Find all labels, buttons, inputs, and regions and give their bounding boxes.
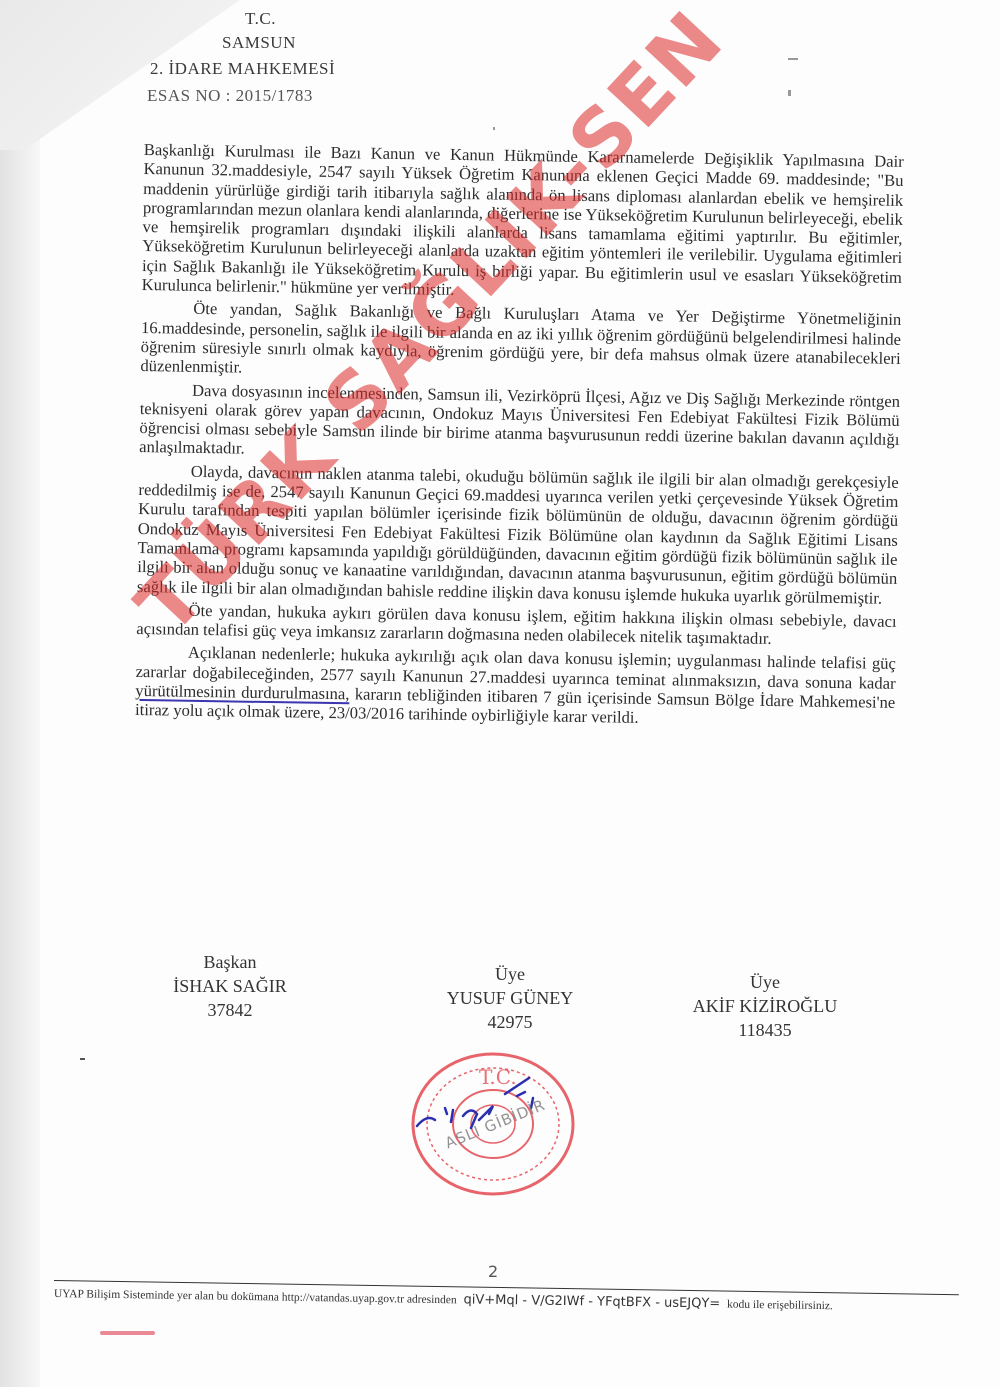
signature-block: Başkan İSHAK SAĞIR 37842 Üye YUSUF GÜNEY… [160, 950, 880, 1050]
decision-body: Başkanlığı Kurulması ile Bazı Kanun ve K… [135, 140, 904, 735]
signer-member-2: Üye AKİF KİZİROĞLU 118435 [680, 970, 850, 1042]
signer-president: Başkan İSHAK SAĞIR 37842 [160, 950, 300, 1022]
header-case-number: ESAS NO : 2015/1783 [147, 85, 313, 107]
signer-member-1: Üye YUSUF GÜNEY 42975 [430, 962, 590, 1034]
paragraph: Öte yandan, Sağlık Bakanlığı ve Bağlı Ku… [140, 298, 901, 387]
paragraph: Dava dosyasının incelenmesinden, Samsun … [139, 380, 900, 469]
footer-prefix: UYAP Bilişim Sisteminde yer alan bu dokü… [54, 1288, 457, 1306]
paragraph: Olayda, davacının naklen atanma talebi, … [137, 461, 899, 608]
signer-name: AKİF KİZİROĞLU [680, 994, 850, 1018]
final-paragraph: Açıklanan nedenlerle; hukuka aykırılığı … [135, 642, 896, 731]
document-page: T.C. SAMSUN 2. İDARE MAHKEMESİ ESAS NO :… [0, 0, 1000, 1387]
header-court: 2. İDARE MAHKEMESİ [150, 58, 335, 80]
footer-note: UYAP Bilişim Sisteminde yer alan bu dokü… [54, 1286, 974, 1315]
header-city: SAMSUN [222, 32, 296, 54]
signer-role: Üye [680, 970, 850, 994]
signer-name: İSHAK SAĞIR [160, 974, 300, 998]
access-code: qiV+Mql - V/G2IWf - YFqtBFX - usEJQY= [463, 1292, 720, 1311]
signer-role: Üye [430, 962, 590, 986]
seal-label: T.C. [479, 1065, 517, 1089]
scan-shadow [0, 0, 40, 1387]
paragraph: Öte yandan, hukuka aykırı görülen dava k… [136, 600, 897, 651]
scan-speck [788, 58, 798, 60]
page-number: 2 [488, 1262, 498, 1281]
red-ink-mark [100, 1331, 155, 1335]
signer-role: Başkan [160, 950, 300, 974]
paragraph: Başkanlığı Kurulması ile Bazı Kanun ve K… [142, 140, 904, 306]
scan-speck [493, 127, 495, 130]
signer-id: 42975 [430, 1010, 590, 1034]
header-country: T.C. [245, 8, 276, 30]
scan-speck [80, 1058, 85, 1060]
footer-suffix: kodu ile erişebilirsiniz. [727, 1299, 833, 1313]
scan-speck [788, 90, 791, 96]
signer-id: 118435 [680, 1018, 850, 1042]
signer-name: YUSUF GÜNEY [430, 986, 590, 1010]
signer-id: 37842 [160, 998, 300, 1022]
